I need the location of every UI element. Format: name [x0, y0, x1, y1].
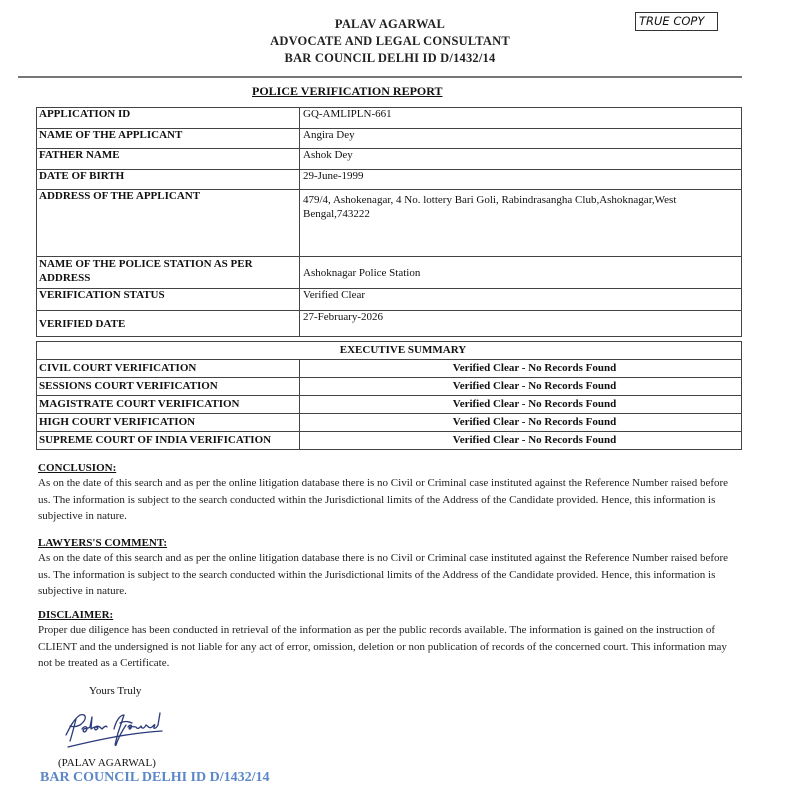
row-value: Verified Clear [300, 289, 742, 311]
lawyers-comment-body: As on the date of this search and as per… [38, 550, 738, 600]
lawyers-comment-section: LAWYERS'S COMMENT: As on the date of thi… [38, 536, 738, 600]
table-row: VERIFICATION STATUS Verified Clear [37, 289, 742, 311]
court-status: Verified Clear - No Records Found [300, 378, 742, 396]
advocate-title: ADVOCATE AND LEGAL CONSULTANT [190, 34, 590, 49]
table-row: MAGISTRATE COURT VERIFICATION Verified C… [37, 396, 742, 414]
row-value: 27-February-2026 [300, 311, 742, 337]
table-row: APPLICATION ID GQ-AMLIPLN-661 [37, 108, 742, 129]
court-status: Verified Clear - No Records Found [300, 432, 742, 450]
row-value: Ashoknagar Police Station [300, 257, 742, 289]
disclaimer-title: DISCLAIMER: [38, 608, 738, 622]
lawyers-comment-title: LAWYERS'S COMMENT: [38, 536, 738, 550]
table-row: ADDRESS OF THE APPLICANT 479/4, Ashokena… [37, 190, 742, 257]
conclusion-body: As on the date of this search and as per… [38, 475, 738, 525]
summary-header-row: EXECUTIVE SUMMARY [37, 342, 742, 360]
row-value: 479/4, Ashokenagar, 4 No. lottery Bari G… [300, 190, 742, 257]
disclaimer-body: Proper due diligence has been conducted … [38, 622, 738, 672]
row-label: NAME OF THE POLICE STATION AS PER ADDRES… [37, 257, 300, 289]
table-row: SESSIONS COURT VERIFICATION Verified Cle… [37, 378, 742, 396]
court-label: CIVIL COURT VERIFICATION [37, 360, 300, 378]
table-row: NAME OF THE POLICE STATION AS PER ADDRES… [37, 257, 742, 289]
closing-text: Yours Truly [89, 685, 141, 697]
conclusion-section: CONCLUSION: As on the date of this searc… [38, 461, 738, 525]
signatory-bar-id: BAR COUNCIL DELHI ID D/1432/14 [40, 770, 269, 786]
true-copy-stamp: TRUE COPY [635, 12, 718, 31]
executive-summary-title: EXECUTIVE SUMMARY [37, 342, 742, 360]
executive-summary-table: EXECUTIVE SUMMARY CIVIL COURT VERIFICATI… [36, 341, 742, 450]
row-value: Angira Dey [300, 129, 742, 149]
court-label: SUPREME COURT OF INDIA VERIFICATION [37, 432, 300, 450]
court-status: Verified Clear - No Records Found [300, 360, 742, 378]
court-status: Verified Clear - No Records Found [300, 396, 742, 414]
row-label: VERIFICATION STATUS [37, 289, 300, 311]
header-divider [18, 76, 742, 78]
court-label: MAGISTRATE COURT VERIFICATION [37, 396, 300, 414]
row-label: ADDRESS OF THE APPLICANT [37, 190, 300, 257]
row-label: NAME OF THE APPLICANT [37, 129, 300, 149]
row-value: Ashok Dey [300, 149, 742, 170]
table-row: CIVIL COURT VERIFICATION Verified Clear … [37, 360, 742, 378]
disclaimer-section: DISCLAIMER: Proper due diligence has bee… [38, 608, 738, 672]
table-row: DATE OF BIRTH 29-June-1999 [37, 170, 742, 190]
table-row: FATHER NAME Ashok Dey [37, 149, 742, 170]
row-label: APPLICATION ID [37, 108, 300, 129]
row-label: FATHER NAME [37, 149, 300, 170]
row-label: DATE OF BIRTH [37, 170, 300, 190]
table-row: VERIFIED DATE 27-February-2026 [37, 311, 742, 337]
court-label: SESSIONS COURT VERIFICATION [37, 378, 300, 396]
row-label: VERIFIED DATE [37, 311, 300, 337]
applicant-details-table: APPLICATION ID GQ-AMLIPLN-661 NAME OF TH… [36, 107, 742, 337]
table-row: NAME OF THE APPLICANT Angira Dey [37, 129, 742, 149]
row-value: 29-June-1999 [300, 170, 742, 190]
advocate-name: PALAV AGARWAL [190, 17, 590, 32]
court-label: HIGH COURT VERIFICATION [37, 414, 300, 432]
row-value: GQ-AMLIPLN-661 [300, 108, 742, 129]
signature-image [58, 705, 168, 755]
court-status: Verified Clear - No Records Found [300, 414, 742, 432]
table-row: HIGH COURT VERIFICATION Verified Clear -… [37, 414, 742, 432]
signatory-name: (PALAV AGARWAL) [58, 757, 156, 769]
advocate-bar-id: BAR COUNCIL DELHI ID D/1432/14 [190, 51, 590, 66]
report-title: POLICE VERIFICATION REPORT [252, 84, 443, 99]
conclusion-title: CONCLUSION: [38, 461, 738, 475]
table-row: SUPREME COURT OF INDIA VERIFICATION Veri… [37, 432, 742, 450]
